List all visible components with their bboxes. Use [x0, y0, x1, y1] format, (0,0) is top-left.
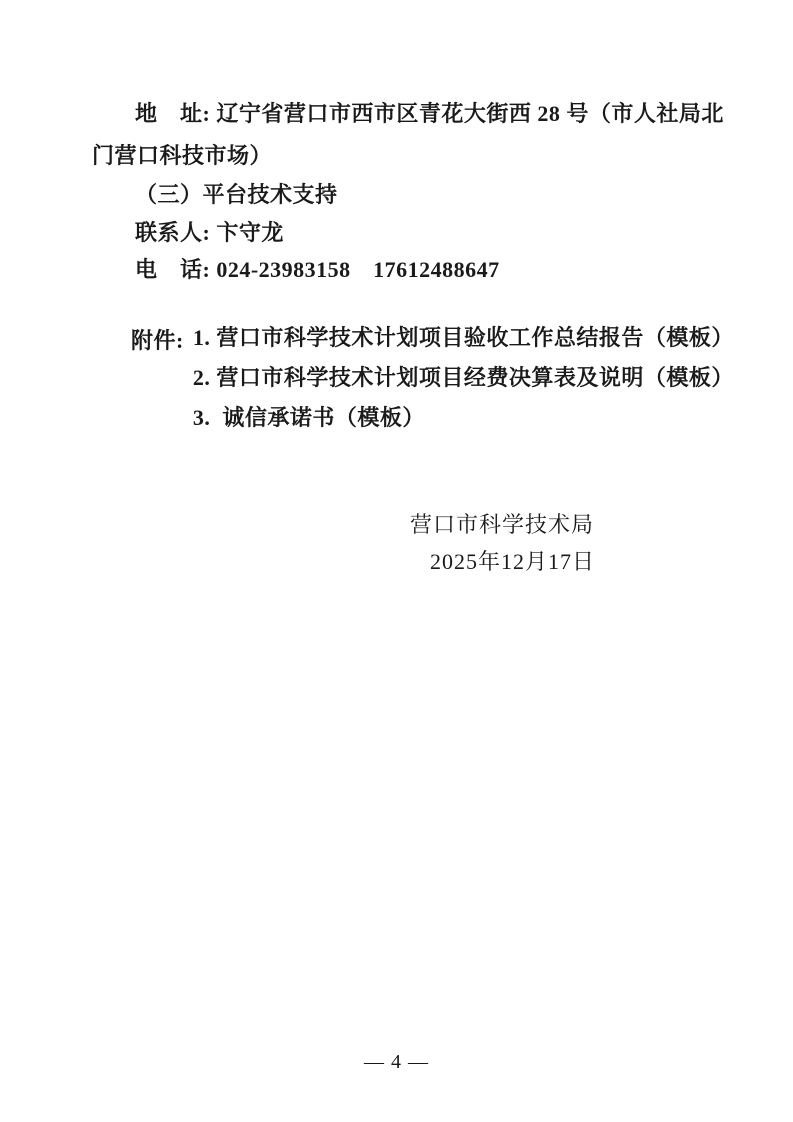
address-line-1: 地 址: 辽宁省营口市西市区青花大街西 28 号（市人社局北 [135, 100, 724, 128]
page-number: — 4 — [0, 1051, 793, 1074]
contact-person-line: 联系人: 卞守龙 [135, 219, 284, 247]
signature-issuer: 营口市科学技术局 [410, 508, 594, 539]
attachments-block: 附件: 1. 营口市科学技术计划项目验收工作总结报告（模板） 2. 营口市科学技… [131, 324, 734, 444]
address-line-2: 门营口科技市场） [92, 142, 272, 170]
attachment-item-3: 3. 诚信承诺书（模板） [193, 404, 734, 431]
signature-date: 2025年12月17日 [430, 545, 595, 576]
phone-line: 电 话: 024-23983158 17612488647 [135, 256, 500, 284]
attachment-item-1: 1. 营口市科学技术计划项目验收工作总结报告（模板） [193, 324, 734, 351]
attachments-label: 附件: [131, 324, 184, 355]
section-heading: （三）平台技术支持 [135, 181, 338, 209]
attachments-list: 1. 营口市科学技术计划项目验收工作总结报告（模板） 2. 营口市科学技术计划项… [193, 324, 734, 444]
attachment-item-2: 2. 营口市科学技术计划项目经费决算表及说明（模板） [193, 364, 734, 391]
document-page: 地 址: 辽宁省营口市西市区青花大街西 28 号（市人社局北 门营口科技市场） … [0, 0, 793, 1122]
